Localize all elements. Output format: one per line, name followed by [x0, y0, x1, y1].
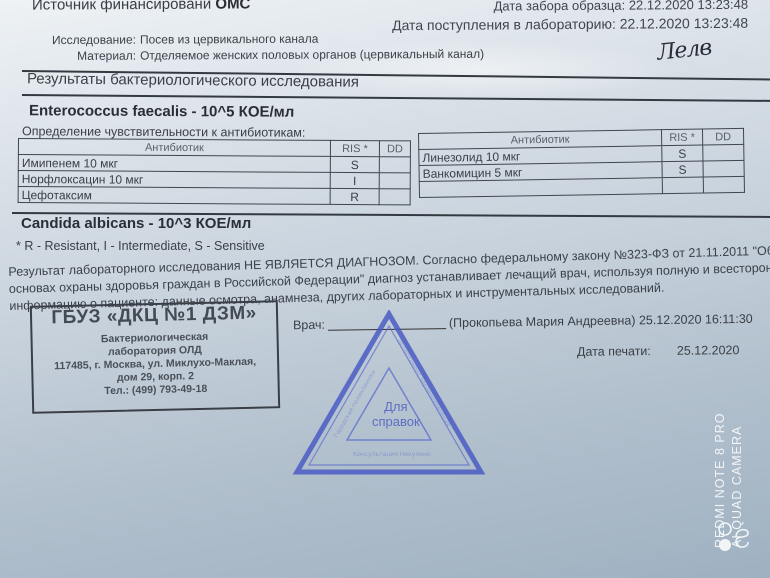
svg-text:Консультация Никулино: Консультация Никулино: [353, 451, 431, 458]
section-title: Результаты бактериологического исследова…: [27, 70, 359, 90]
funding-source: Источник финансировани ОМС: [32, 0, 250, 14]
camera-logo-icon: [716, 520, 752, 554]
divider: [22, 94, 770, 102]
triangle-stamp: Департамент здравоохранения Городская по…: [293, 310, 485, 476]
organism-2: Candida albicans - 10^3 КОЕ/мл: [21, 215, 251, 232]
lab-stamp: ГБУЗ «ДКЦ №1 ДЗМ» Бактериологическая лаб…: [30, 300, 280, 414]
funding-value: ОМС: [215, 0, 250, 13]
table-row: Цефотаксим R: [18, 187, 410, 205]
organism-1: Enterococcus faecalis - 10^5 КОЕ/мл: [29, 102, 294, 120]
signature: Лелв: [656, 35, 713, 66]
document-photo: Источник финансировани ОМС Дата забора о…: [0, 0, 770, 578]
antibiotic-table-left: Антибиотик RIS * DD Имипенем 10 мкг S Но…: [18, 138, 411, 205]
print-date: Дата печати:25.12.2020: [577, 343, 740, 359]
antibiotic-table-right: Антибиотик RIS * DD Линезолид 10 мкг S В…: [418, 128, 745, 198]
stamp-text: Для справок: [372, 399, 420, 429]
funding-label: Источник финансировани: [32, 0, 211, 14]
material-row: Материал:Отделяемое женских половых орга…: [28, 46, 484, 64]
study-info: Исследование:Посев из цервикального кана…: [28, 30, 484, 64]
doctor-datetime: 25.12.2020 16:11:30: [639, 312, 753, 328]
